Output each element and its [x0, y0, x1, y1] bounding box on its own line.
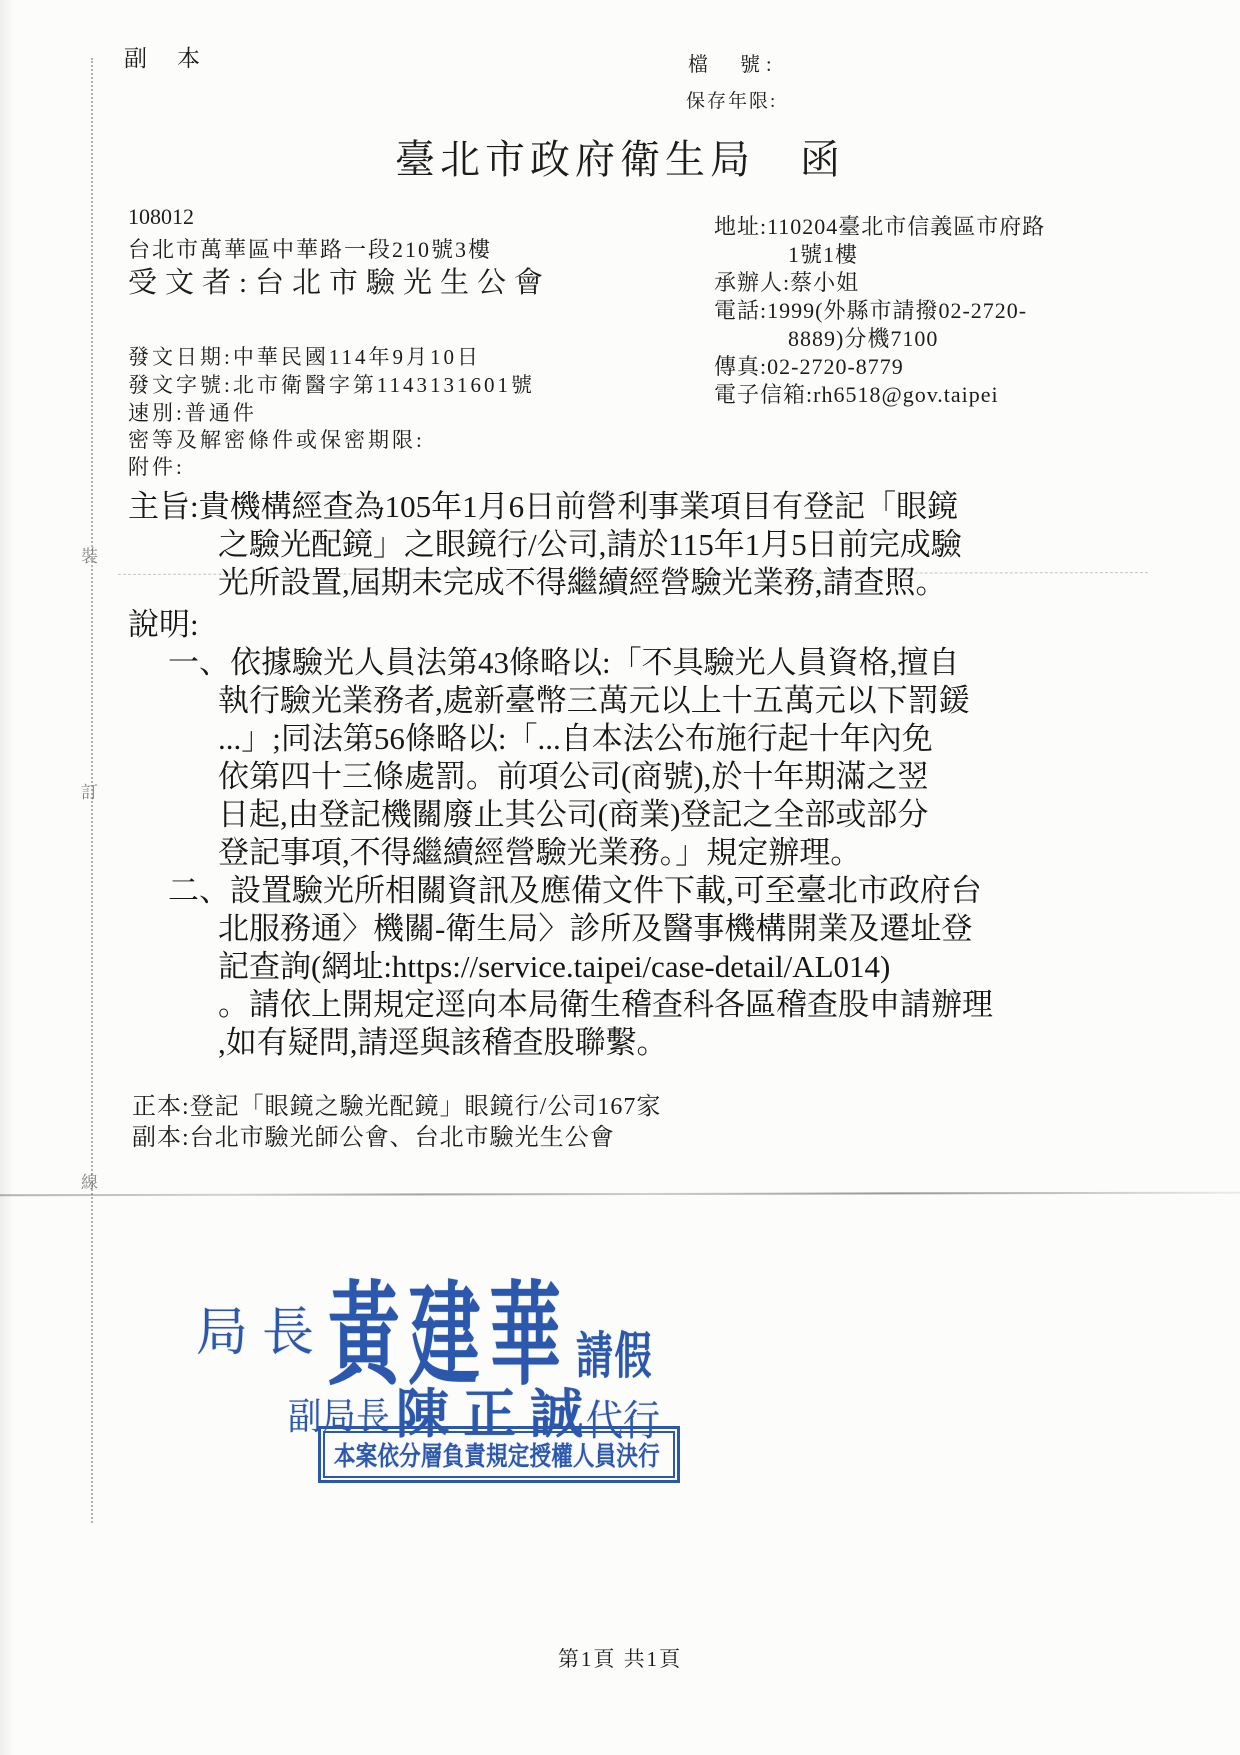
retention-period-label: 保存年限:	[686, 86, 777, 113]
explanation-item1-line: 登記事項,不得繼續經營驗光業務。」規定辦理。	[218, 834, 1158, 872]
explanation-item1-line: 依第四十三條處罰。前項公司(商號),於十年期滿之翌	[218, 758, 1158, 796]
contact-address-line: 地址:110204臺北市信義區市府路	[714, 210, 1045, 241]
explanation-item2-line: 二、設置驗光所相關資訊及應備文件下載,可至臺北市政府台	[168, 872, 1158, 910]
letter-body: 主旨:貴機構經查為105年1月6日前營利事業項目有登記「眼鏡 之驗光配鏡」之眼鏡…	[128, 488, 1158, 1062]
explanation-item2-line: 記查詢(網址:https://service.taipei/case-detai…	[218, 948, 1158, 986]
subject-line: 光所設置,屆期未完成不得繼續經營驗光業務,請查照。	[218, 564, 1158, 602]
contact-email-line: 電子信箱:rh6518@gov.taipei	[714, 378, 999, 409]
explanation-item1-line: 執行驗光業務者,處新臺幣三萬元以上十五萬元以下罰鍰	[218, 682, 1158, 720]
explanation-item2-line: ,如有疑問,請逕與該稽查股聯繫。	[218, 1024, 1158, 1062]
stamp-director-title: 局長	[196, 1290, 328, 1365]
explanation-item1-line: ...」;同法第56條略以:「...自本法公布施行起十年內免	[218, 720, 1158, 758]
page-number: 第1頁 共1頁	[0, 1643, 1240, 1673]
stamp-authorization-inner-border: 本案依分層負責規定授權人員決行	[323, 1431, 675, 1478]
stamp-authorization-text: 本案依分層負責規定授權人員決行	[334, 1436, 662, 1473]
document-title: 臺北市政府衛生局 函	[0, 128, 1240, 185]
explanation-item1-line: 一、依據驗光人員法第43條略以:「不具驗光人員資格,擅自	[168, 644, 1158, 682]
meta-line-classification: 密等及解密條件或保密期限:	[128, 424, 425, 454]
contact-phone-line: 電話:1999(外縣市請撥02-2720-	[714, 294, 1027, 325]
meta-line-ref-number: 發文字號:北市衛醫字第1143131601號	[128, 369, 535, 399]
scanned-official-letter: 裝 訂 線 副本 檔 號: 保存年限: 臺北市政府衛生局 函 108012 台北…	[0, 0, 1240, 1755]
explanation-heading: 說明:	[128, 606, 1158, 644]
subject-line: 主旨:貴機構經查為105年1月6日前營利事業項目有登記「眼鏡	[128, 488, 1158, 526]
explanation-item1-line: 日起,由登記機關廢止其公司(商業)登記之全部或部分	[218, 796, 1158, 834]
stamp-authorization-box: 本案依分層負責規定授權人員決行	[318, 1426, 680, 1483]
file-number-label: 檔 號:	[688, 48, 778, 77]
contact-person-line: 承辦人:蔡小姐	[714, 266, 859, 297]
binding-mark-ding: 訂	[81, 778, 98, 803]
contact-address-line: 1號1樓	[788, 238, 858, 269]
binding-mark-xian: 線	[81, 1168, 98, 1193]
explanation-item2-line: 。請依上開規定逕向本局衛生稽查科各區稽查股申請辦理	[218, 986, 1158, 1024]
recipient-name-line: 受文者:台北市驗光生公會	[128, 260, 551, 301]
crease-line-lower	[0, 1192, 1240, 1197]
contact-fax-line: 傳真:02-2720-8779	[714, 350, 904, 381]
scan-edge-shadow	[0, 0, 14, 1755]
recipient-zip-code: 108012	[128, 204, 194, 230]
meta-line-issue-date: 發文日期:中華民國114年9月10日	[128, 341, 481, 371]
subject-line: 之驗光配鏡」之眼鏡行/公司,請於115年1月5日前完成驗	[218, 526, 1158, 564]
meta-line-priority: 速別:普通件	[128, 397, 257, 427]
copy-label: 副本	[124, 40, 230, 73]
explanation-item2-line: 北服務通〉機關-衛生局〉診所及醫事機構開業及遷址登	[218, 910, 1158, 948]
contact-phone-line: 8889)分機7100	[788, 322, 938, 353]
distribution-copy-line: 副本:台北市驗光師公會、台北市驗光生公會	[132, 1117, 615, 1152]
binding-mark-zhuang: 裝	[81, 542, 98, 567]
meta-line-attachment: 附件:	[128, 451, 185, 481]
distribution-original-line: 正本:登記「眼鏡之驗光配鏡」眼鏡行/公司167家	[132, 1086, 661, 1121]
